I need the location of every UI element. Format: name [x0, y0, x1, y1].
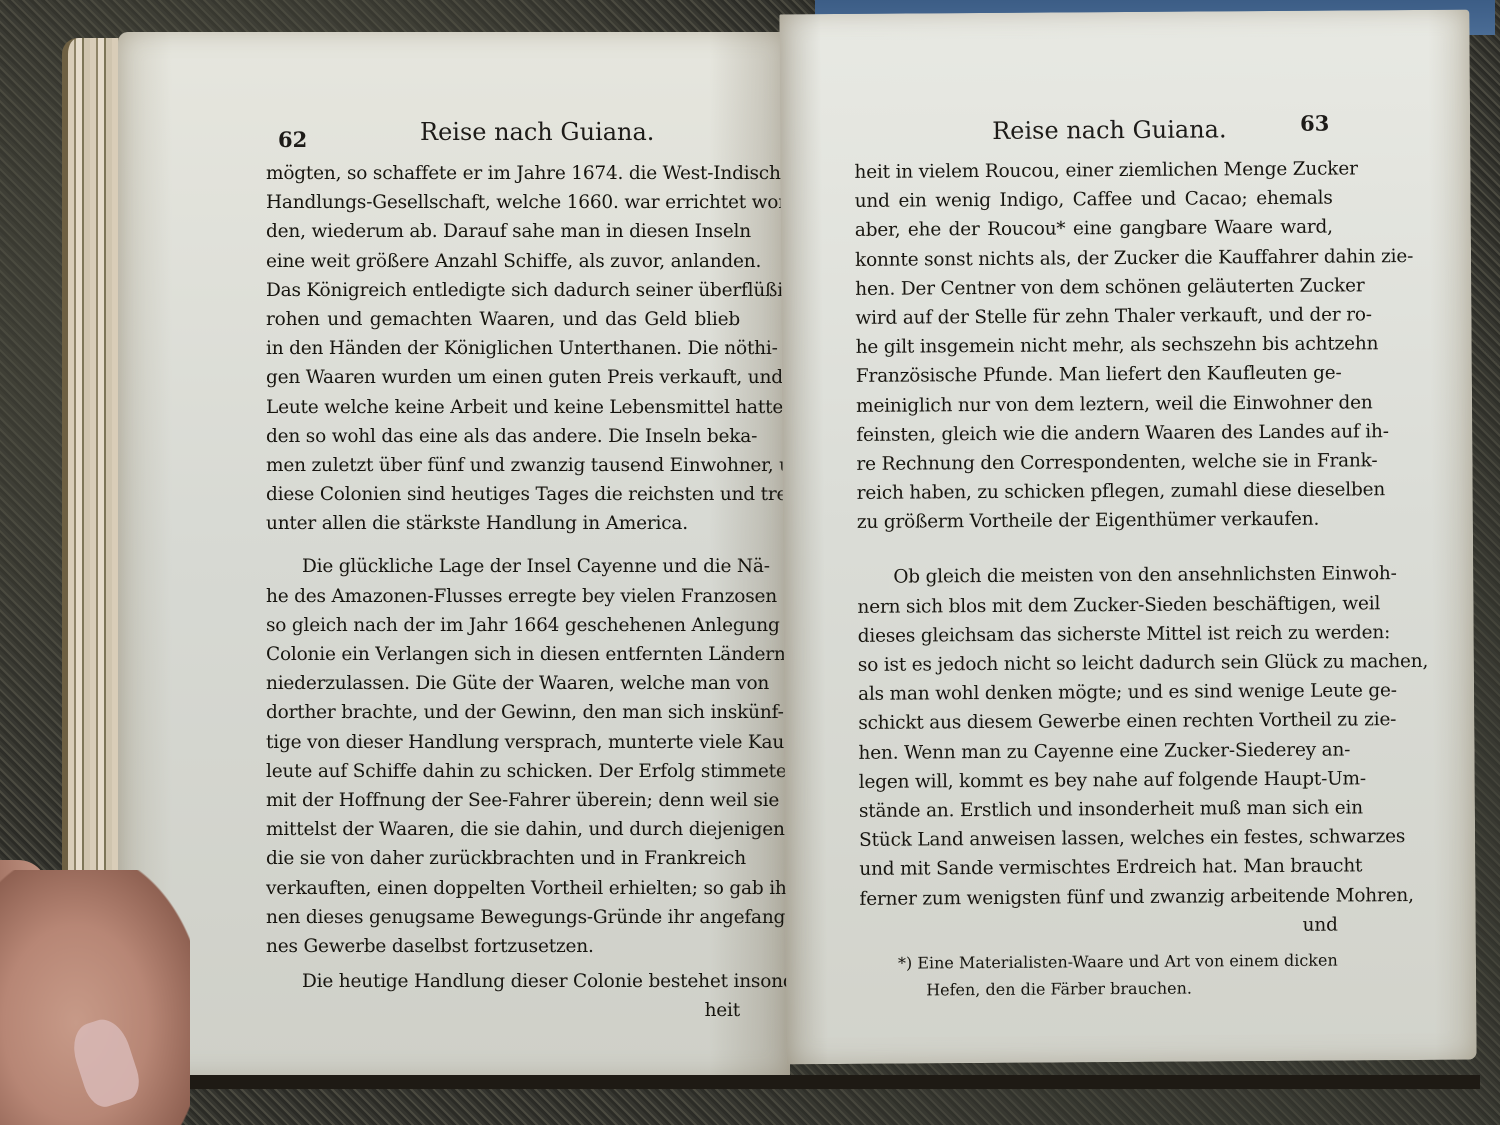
text-line: meiniglich nur von dem leztern, weil die…	[856, 388, 1334, 421]
text-line: legen will, kommt es bey nahe auf folgen…	[859, 764, 1337, 797]
text-line: feinsten, gleich wie die andern Waaren d…	[856, 417, 1334, 450]
text-line: Die heutige Handlung dieser Colonie best…	[266, 967, 740, 996]
text-line: konnte sonst nichts als, der Zucker die …	[855, 242, 1333, 275]
text-line: die sie von daher zurückbrachten und in …	[266, 844, 740, 873]
text-line: Handlungs-Gesellschaft, welche 1660. war…	[266, 188, 740, 217]
text-line: nes Gewerbe daselbst fortzusetzen.	[266, 932, 740, 961]
text-line: gen Waaren wurden um einen guten Preis v…	[266, 363, 740, 392]
text-line: in den Händen der Königlichen Unterthane…	[266, 334, 740, 363]
text-line: stände an. Erstlich und insonderheit muß…	[859, 793, 1337, 826]
left-page: 62 Reise nach Guiana. mögten, so schaffe…	[118, 32, 790, 1077]
text-line: zu größerm Vortheile der Eigenthümer ver…	[857, 505, 1335, 538]
right-page-text: heit in vielem Roucou, einer ziemlichen …	[854, 155, 1337, 943]
text-line: wird auf der Stelle für zehn Thaler verk…	[855, 300, 1333, 333]
text-line: unter allen die stärkste Handlung in Ame…	[266, 509, 740, 538]
text-line: verkauften, einen doppelten Vortheil erh…	[266, 874, 740, 903]
text-line: so ist es jedoch nicht so leicht dadurch…	[858, 648, 1336, 681]
text-line: mit der Hoffnung der See-Fahrer überein;…	[266, 786, 740, 815]
text-line: diese Colonien sind heutiges Tages die r…	[266, 480, 740, 509]
text-line: und ein wenig Indigo, Caffee und Cacao; …	[855, 184, 1333, 217]
text-line: Leute welche keine Arbeit und keine Lebe…	[266, 393, 740, 422]
text-line: und mit Sande vermischtes Erdreich hat. …	[859, 852, 1337, 885]
text-line: mittelst der Waaren, die sie dahin, und …	[266, 815, 740, 844]
right-page: Reise nach Guiana. 63 heit in vielem Rou…	[779, 10, 1476, 1065]
running-head: Reise nach Guiana.	[992, 115, 1227, 145]
text-line: den so wohl das eine als das andere. Die…	[266, 422, 740, 451]
text-line: aber, ehe der Roucou* eine gangbare Waar…	[855, 213, 1333, 246]
page-number: 63	[1300, 111, 1329, 136]
text-line: Colonie ein Verlangen sich in diesen ent…	[266, 640, 740, 669]
page-number: 62	[278, 127, 307, 152]
text-line: ferner zum wenigsten fünf und zwanzig ar…	[859, 881, 1337, 914]
text-line: Die glückliche Lage der Insel Cayenne un…	[266, 552, 740, 581]
text-line: den, wiederum ab. Darauf sahe man in die…	[266, 217, 740, 246]
footnote: *) Eine Materialisten-Waare und Art von …	[898, 947, 1338, 1004]
text-line: dieses gleichsam das sicherste Mittel is…	[858, 618, 1336, 651]
text-line: Französische Pfunde. Man liefert den Kau…	[856, 359, 1334, 392]
text-line: dorther brachte, und der Gewinn, den man…	[266, 698, 740, 727]
text-line: he des Amazonen-Flusses erregte bey viel…	[266, 582, 740, 611]
text-line: schickt aus diesem Gewerbe einen rechten…	[858, 706, 1336, 739]
text-line: mögten, so schaffete er im Jahre 1674. d…	[266, 159, 740, 188]
text-line: nern sich blos mit dem Zucker-Sieden bes…	[857, 589, 1335, 622]
text-line: eine weit größere Anzahl Schiffe, als zu…	[266, 247, 740, 276]
footnote-line: *) Eine Materialisten-Waare und Art von …	[898, 947, 1338, 977]
catchword: heit	[266, 996, 740, 1025]
text-line: Ob gleich die meisten von den ansehnlich…	[857, 560, 1335, 593]
footnote-line: Hefen, den die Färber brauchen.	[898, 974, 1338, 1004]
text-line: re Rechnung den Correspondenten, welche …	[856, 446, 1334, 479]
text-line: hen. Wenn man zu Cayenne eine Zucker-Sie…	[858, 735, 1336, 768]
text-line: nen dieses genugsame Bewegungs-Gründe ih…	[266, 903, 740, 932]
text-line: niederzulassen. Die Güte der Waaren, wel…	[266, 669, 740, 698]
text-line: hen. Der Centner von dem schönen geläute…	[855, 271, 1333, 304]
text-line: heit in vielem Roucou, einer ziemlichen …	[854, 155, 1332, 188]
text-line: reich haben, zu schicken pflegen, zumahl…	[857, 476, 1335, 509]
text-line: als man wohl denken mögte; und es sind w…	[858, 677, 1336, 710]
text-line: men zuletzt über fünf und zwanzig tausen…	[266, 451, 740, 480]
text-line: tige von dieser Handlung versprach, munt…	[266, 728, 740, 757]
text-line: leute auf Schiffe dahin zu schicken. Der…	[266, 757, 740, 786]
text-line: he gilt insgemein nicht mehr, als sechsz…	[856, 330, 1334, 363]
running-head: Reise nach Guiana.	[420, 118, 654, 146]
book-cover-edge	[120, 1075, 1480, 1089]
text-line: so gleich nach der im Jahr 1664 geschehe…	[266, 611, 740, 640]
text-line: Das Königreich entledigte sich dadurch s…	[266, 276, 740, 305]
left-page-text: mögten, so schaffete er im Jahre 1674. d…	[266, 159, 740, 1025]
text-line: rohen und gemachten Waaren, und das Geld…	[266, 305, 740, 334]
catchword: und	[860, 910, 1338, 943]
text-line: Stück Land anweisen lassen, welches ein …	[859, 823, 1337, 856]
